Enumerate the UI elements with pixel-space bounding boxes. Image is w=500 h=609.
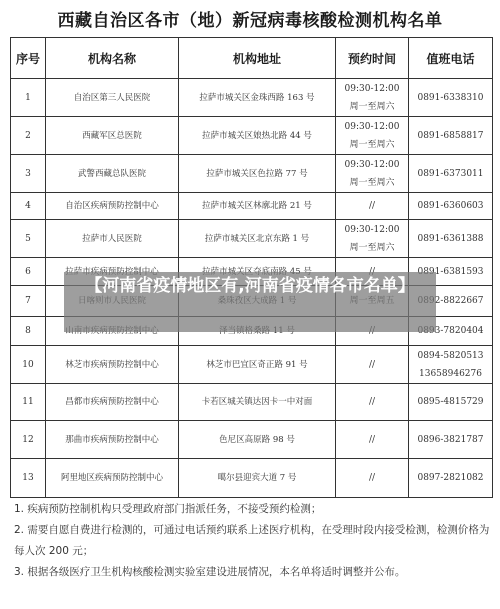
cell-phone: 0891-6338310 <box>409 79 493 117</box>
cell-phone: 0896-3821787 <box>409 421 493 459</box>
time-line: 周一至周六 <box>336 239 408 257</box>
overlay-banner-text: 【河南省疫情地区有,河南省疫情各市名单】 <box>64 273 436 300</box>
phone-number: 0897-2821082 <box>409 469 492 487</box>
cell-no: 3 <box>11 155 46 193</box>
note-1: 1. 疾病预防控制机构只受理政府部门指派任务，不接受预约检测； <box>14 499 494 520</box>
header-phone: 值班电话 <box>409 38 493 79</box>
cell-phone: 0891-6858817 <box>409 117 493 155</box>
table-header-row: 序号 机构名称 机构地址 预约时间 值班电话 <box>11 38 493 79</box>
table-row: 2西藏军区总医院拉萨市城关区娘热北路 44 号09:30-12:00周一至周六0… <box>11 117 493 155</box>
table-row: 1自治区第三人民医院拉萨市城关区金珠西路 163 号09:30-12:00周一至… <box>11 79 493 117</box>
time-line: 09:30-12:00 <box>336 156 408 174</box>
cell-address: 拉萨市城关区林廓北路 21 号 <box>179 193 336 220</box>
cell-name: 自治区第三人民医院 <box>46 79 179 117</box>
cell-time: // <box>336 346 409 384</box>
time-line: 09:30-12:00 <box>336 80 408 98</box>
document-title: 西藏自治区各市（地）新冠病毒核酸检测机构名单 <box>0 6 500 31</box>
table-row: 4自治区疾病预防控制中心拉萨市城关区林廓北路 21 号//0891-636060… <box>11 193 493 220</box>
cell-address: 卡若区城关镇达因卡一中对面 <box>179 384 336 421</box>
table-row: 12那曲市疾病预防控制中心色尼区高原路 98 号//0896-3821787 <box>11 421 493 459</box>
time-line: 09:30-12:00 <box>336 221 408 239</box>
cell-no: 4 <box>11 193 46 220</box>
time-line: // <box>336 431 408 449</box>
phone-number: 0891-6338310 <box>409 89 492 107</box>
table-row: 13阿里地区疾病预防控制中心噶尔县迎宾大道 7 号//0897-2821082 <box>11 459 493 498</box>
cell-time: // <box>336 193 409 220</box>
time-line: 09:30-12:00 <box>336 118 408 136</box>
note-3: 3. 根据各级医疗卫生机构核酸检测实验室建设进展情况，本名单将适时调整并公布。 <box>14 562 494 583</box>
table-row: 11昌都市疾病预防控制中心卡若区城关镇达因卡一中对面//0895-4815729 <box>11 384 493 421</box>
cell-name: 那曲市疾病预防控制中心 <box>46 421 179 459</box>
cell-no: 8 <box>11 317 46 346</box>
cell-no: 2 <box>11 117 46 155</box>
table-row: 3武警西藏总队医院拉萨市城关区色拉路 77 号09:30-12:00周一至周六0… <box>11 155 493 193</box>
table-row: 10林芝市疾病预防控制中心林芝市巴宜区奇正路 91 号//0894-582051… <box>11 346 493 384</box>
cell-address: 色尼区高原路 98 号 <box>179 421 336 459</box>
cell-no: 13 <box>11 459 46 498</box>
cell-name: 西藏军区总医院 <box>46 117 179 155</box>
phone-number: 0894-5820513 <box>409 347 492 365</box>
cell-name: 自治区疾病预防控制中心 <box>46 193 179 220</box>
phone-number: 0891-6360603 <box>409 197 492 215</box>
cell-time: 09:30-12:00周一至周六 <box>336 155 409 193</box>
cell-no: 10 <box>11 346 46 384</box>
cell-phone: 0891-6361388 <box>409 220 493 258</box>
cell-no: 5 <box>11 220 46 258</box>
cell-address: 拉萨市城关区北京东路 1 号 <box>179 220 336 258</box>
phone-number: 0896-3821787 <box>409 431 492 449</box>
cell-address: 拉萨市城关区娘热北路 44 号 <box>179 117 336 155</box>
cell-address: 拉萨市城关区金珠西路 163 号 <box>179 79 336 117</box>
cell-no: 7 <box>11 286 46 317</box>
time-line: // <box>336 469 408 487</box>
header-time: 预约时间 <box>336 38 409 79</box>
cell-phone: 0891-6373011 <box>409 155 493 193</box>
cell-no: 1 <box>11 79 46 117</box>
header-address: 机构地址 <box>179 38 336 79</box>
cell-address: 林芝市巴宜区奇正路 91 号 <box>179 346 336 384</box>
cell-time: 09:30-12:00周一至周六 <box>336 79 409 117</box>
phone-number: 13658946276 <box>409 365 492 383</box>
cell-name: 林芝市疾病预防控制中心 <box>46 346 179 384</box>
cell-address: 噶尔县迎宾大道 7 号 <box>179 459 336 498</box>
cell-phone: 0891-6360603 <box>409 193 493 220</box>
time-line: // <box>336 393 408 411</box>
time-line: 周一至周六 <box>336 136 408 154</box>
cell-time: 09:30-12:00周一至周六 <box>336 117 409 155</box>
note-2: 2. 需要自愿自费进行检测的，可通过电话预约联系上述医疗机构，在受理时段内接受检… <box>14 520 494 562</box>
time-line: 周一至周六 <box>336 174 408 192</box>
phone-number: 0891-6858817 <box>409 127 492 145</box>
cell-name: 拉萨市人民医院 <box>46 220 179 258</box>
phone-number: 0891-6361388 <box>409 230 492 248</box>
table-row: 5拉萨市人民医院拉萨市城关区北京东路 1 号09:30-12:00周一至周六08… <box>11 220 493 258</box>
cell-phone: 0895-4815729 <box>409 384 493 421</box>
header-name: 机构名称 <box>46 38 179 79</box>
header-no: 序号 <box>11 38 46 79</box>
cell-phone: 0897-2821082 <box>409 459 493 498</box>
phone-number: 0891-6373011 <box>409 165 492 183</box>
time-line: // <box>336 356 408 374</box>
phone-number: 0895-4815729 <box>409 393 492 411</box>
cell-name: 昌都市疾病预防控制中心 <box>46 384 179 421</box>
cell-no: 12 <box>11 421 46 459</box>
cell-address: 拉萨市城关区色拉路 77 号 <box>179 155 336 193</box>
cell-no: 11 <box>11 384 46 421</box>
cell-no: 6 <box>11 258 46 286</box>
time-line: 周一至周六 <box>336 98 408 116</box>
cell-phone: 0894-582051313658946276 <box>409 346 493 384</box>
cell-time: // <box>336 459 409 498</box>
time-line: // <box>336 197 408 215</box>
cell-name: 阿里地区疾病预防控制中心 <box>46 459 179 498</box>
notes: 1. 疾病预防控制机构只受理政府部门指派任务，不接受预约检测； 2. 需要自愿自… <box>14 499 494 583</box>
testing-institutions-table: 序号 机构名称 机构地址 预约时间 值班电话 1自治区第三人民医院拉萨市城关区金… <box>10 37 493 498</box>
cell-name: 武警西藏总队医院 <box>46 155 179 193</box>
cell-time: // <box>336 421 409 459</box>
cell-time: // <box>336 384 409 421</box>
cell-time: 09:30-12:00周一至周六 <box>336 220 409 258</box>
